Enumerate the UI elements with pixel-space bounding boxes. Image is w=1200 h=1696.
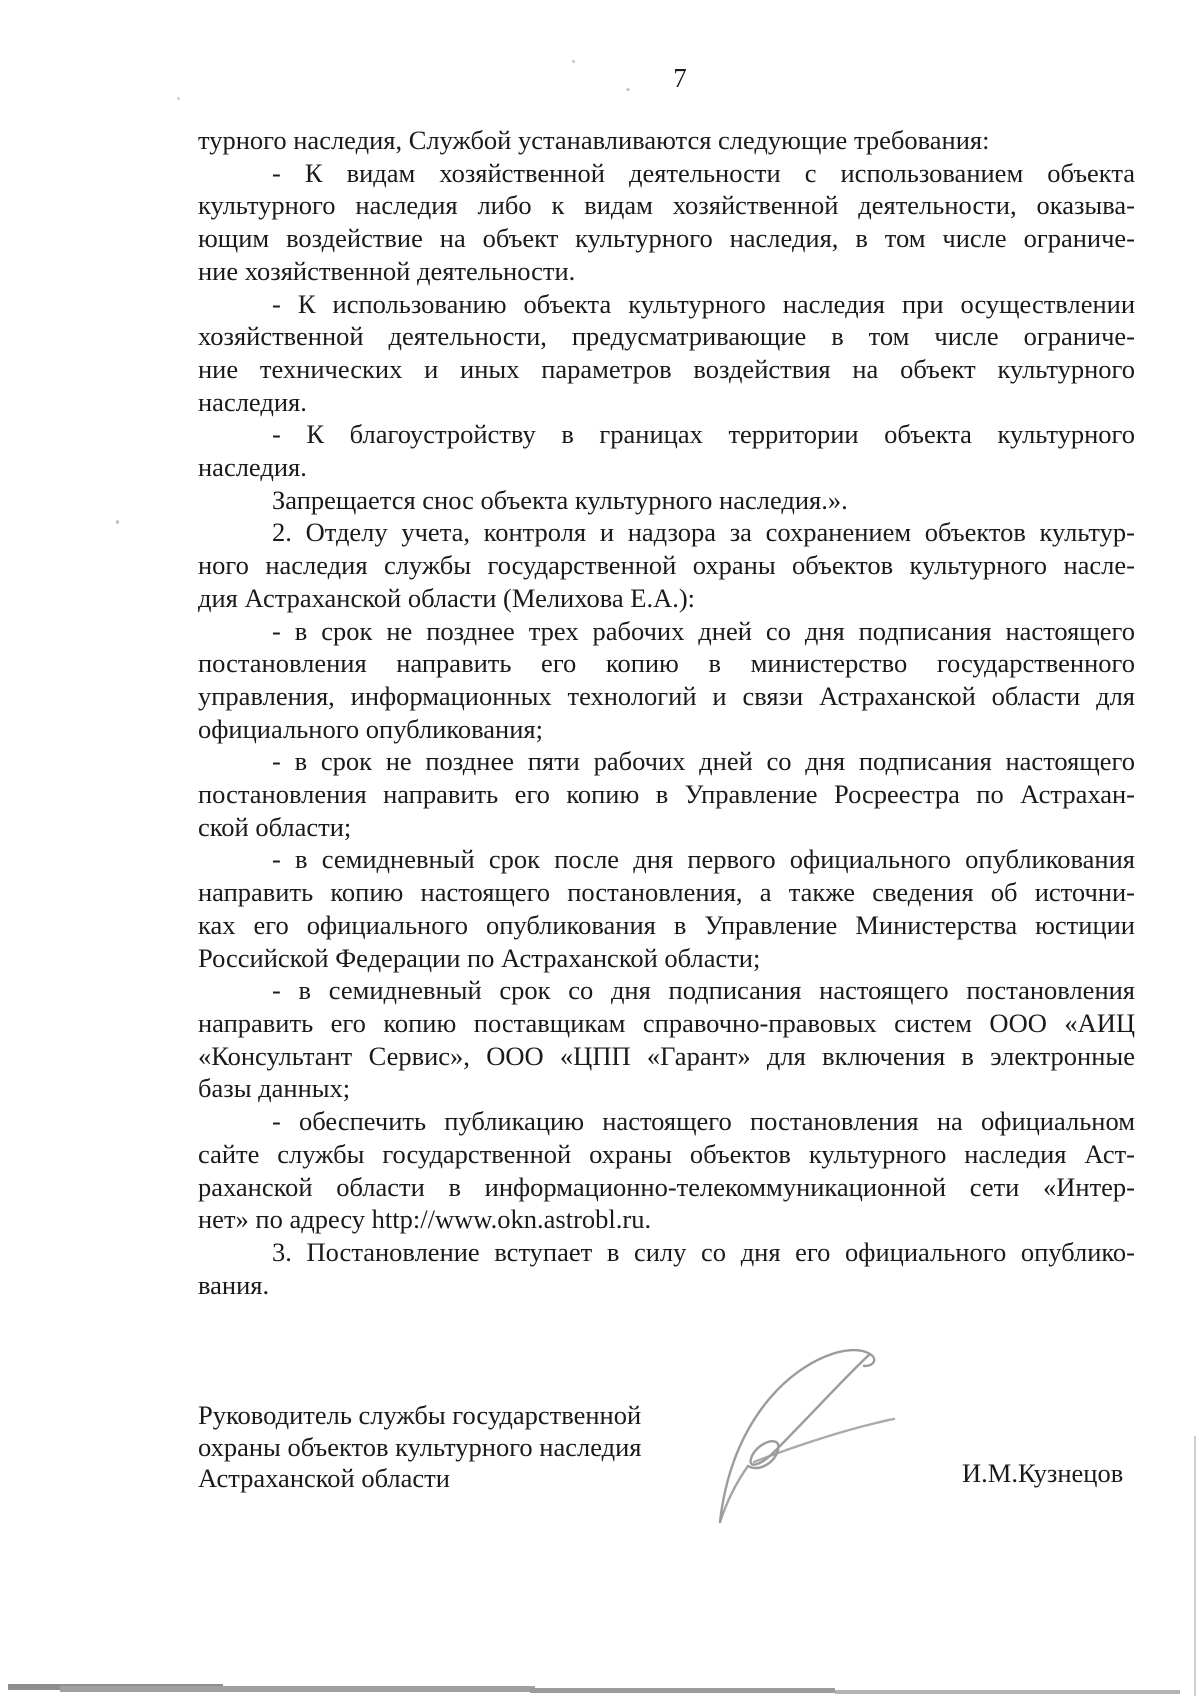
text-line: наследия. [198,386,1135,419]
text-line: 2. Отделу учета, контроля и надзора за с… [198,516,1135,549]
text-line: направить его копию поставщикам справочн… [198,1007,1135,1040]
signatory-title-line: Руководитель службы государственной [198,1400,718,1432]
text-line: официального опубликования; [198,713,1135,746]
text-line: 3. Постановление вступает в силу со дня … [198,1236,1135,1269]
text-line: - обеспечить публикацию настоящего поста… [198,1105,1135,1138]
text-line: - К использованию объекта культурного на… [198,288,1135,321]
text-line: - К благоустройству в границах территори… [198,418,1135,451]
scan-speck [572,60,575,63]
scan-artifact-bar [835,1690,1180,1694]
signatory-name: И.М.Кузнецов [962,1458,1123,1489]
text-line: ного наследия службы государственной охр… [198,549,1135,582]
text-line: ющим воздействие на объект культурного н… [198,222,1135,255]
signatory-title-line: Астраханской области [198,1463,718,1495]
text-line: «Консультант Сервис», ООО «ЦПП «Гарант» … [198,1040,1135,1073]
scan-speck [626,88,630,91]
text-line: ние технических и иных параметров воздей… [198,353,1135,386]
text-line: направить копию настоящего постановления… [198,876,1135,909]
scan-artifact-bar [60,1686,535,1692]
text-line: - в семидневный срок со дня подписания н… [198,974,1135,1007]
text-line: сайте службы государственной охраны объе… [198,1138,1135,1171]
scan-speck [177,97,180,100]
text-line: ние хозяйственной деятельности. [198,255,1135,288]
handwritten-signature-icon [658,1326,918,1526]
text-line: хозяйственной деятельности, предусматрив… [198,320,1135,353]
scan-artifact-bar [530,1688,835,1693]
text-line: управления, информационных технологий и … [198,680,1135,713]
text-line: раханской области в информационно-телеко… [198,1171,1135,1204]
text-line: - в срок не позднее трех рабочих дней со… [198,615,1135,648]
text-line: Запрещается снос объекта культурного нас… [198,484,1135,517]
text-line: дия Астраханской области (Мелихова Е.А.)… [198,582,1135,615]
text-line: базы данных; [198,1072,1135,1105]
text-line: наследия. [198,451,1135,484]
text-line: ках его официального опубликования в Упр… [198,909,1135,942]
text-line: постановления направить его копию в Упра… [198,778,1135,811]
document-text: турного наследия, Службой устанавливаютс… [198,124,1135,1301]
scanned-page: 7 турного наследия, Службой устанавливаю… [0,0,1200,1696]
text-line: постановления направить его копию в мини… [198,647,1135,680]
signature-block: Руководитель службы государственной охра… [198,1400,718,1495]
text-line: нет» по адресу http://www.okn.astrobl.ru… [198,1203,1135,1236]
scan-speck [116,520,119,524]
text-line: культурного наследия либо к видам хозяйс… [198,189,1135,222]
text-line: - в срок не позднее пяти рабочих дней со… [198,745,1135,778]
text-line: - в семидневный срок после дня первого о… [198,843,1135,876]
text-line: турного наследия, Службой устанавливаютс… [198,124,1135,157]
scan-edge-line [1194,1436,1196,1696]
signatory-title-line: охраны объектов культурного наследия [198,1432,718,1464]
text-line: - К видам хозяйственной деятельности с и… [198,157,1135,190]
text-line: вания. [198,1269,1135,1302]
text-line: Российской Федерации по Астраханской обл… [198,942,1135,975]
text-line: ской области; [198,811,1135,844]
page-number: 7 [640,63,720,94]
